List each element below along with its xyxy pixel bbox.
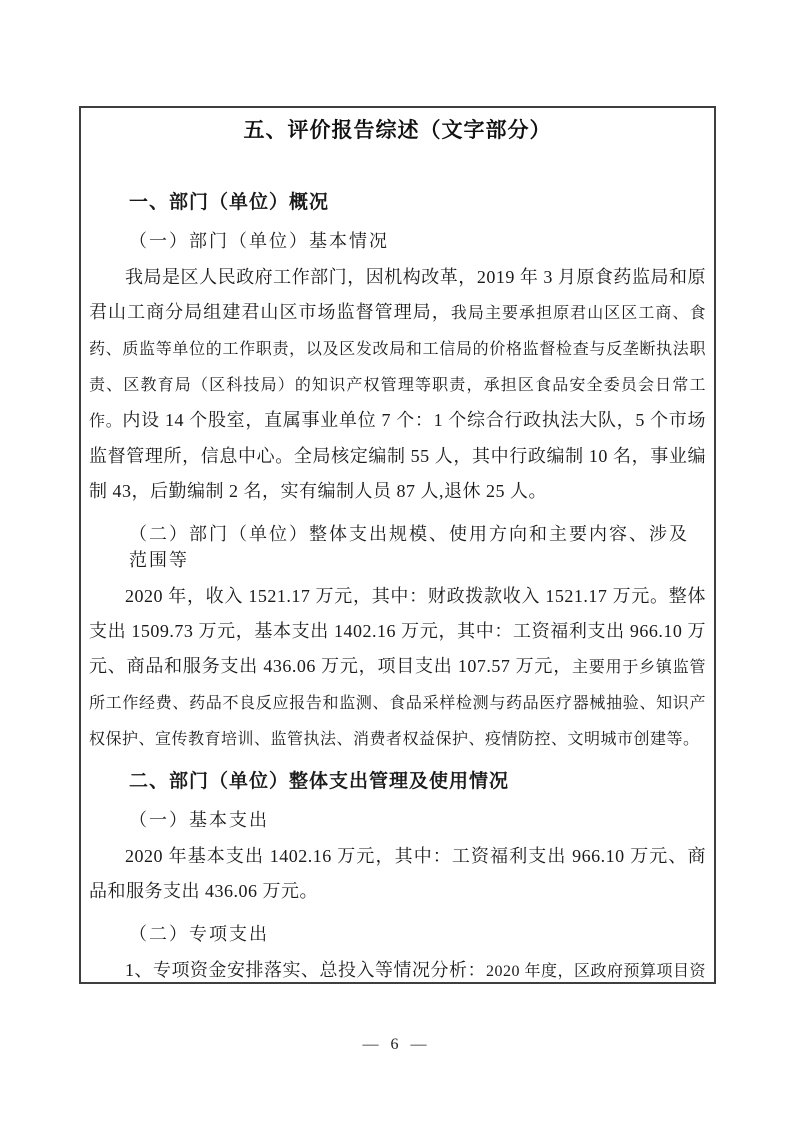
text-run: 2020 年基本支出 1402.16 万元，其中：工资福利支出 966.10 万… [89, 846, 706, 901]
paragraph: 2020 年，收入 1521.17 万元，其中：财政拨款收入 1521.17 万… [89, 579, 706, 757]
document-page: 五、评价报告综述（文字部分） 一、部门（单位）概况（一）部门（单位）基本情况我局… [0, 0, 793, 1122]
content-border-box: 五、评价报告综述（文字部分） 一、部门（单位）概况（一）部门（单位）基本情况我局… [79, 106, 716, 984]
document-body: 一、部门（单位）概况（一）部门（单位）基本情况我局是区人民政府工作部门，因机构改… [89, 190, 706, 984]
section-heading: （一）基本支出 [89, 807, 706, 833]
paragraph: 我局是区人民政府工作部门，因机构改革，2019 年 3 月原食药监局和原君山工商… [89, 260, 706, 509]
section-heading: （一）部门（单位）基本情况 [89, 228, 706, 254]
paragraph: 1、专项资金安排落实、总投入等情况分析：2020 年度，区政府预算项目资金 34… [89, 953, 706, 984]
section-heading: 二、部门（单位）整体支出管理及使用情况 [89, 769, 706, 795]
page-number: — 6 — [0, 1036, 793, 1054]
text-run: 1、专项资金安排落实、总投入等情况分析： [125, 960, 486, 980]
document-title: 五、评价报告综述（文字部分） [89, 116, 706, 146]
section-heading: （二）专项支出 [89, 921, 706, 947]
section-heading: （二）部门（单位）整体支出规模、使用方向和主要内容、涉及范围等 [89, 521, 706, 573]
paragraph: 2020 年基本支出 1402.16 万元，其中：工资福利支出 966.10 万… [89, 839, 706, 909]
section-heading: 一、部门（单位）概况 [89, 190, 706, 216]
text-run: 内设 14 个股室，直属事业单位 7 个：1 个综合行政执法大队，5 个市场监督… [89, 410, 706, 501]
